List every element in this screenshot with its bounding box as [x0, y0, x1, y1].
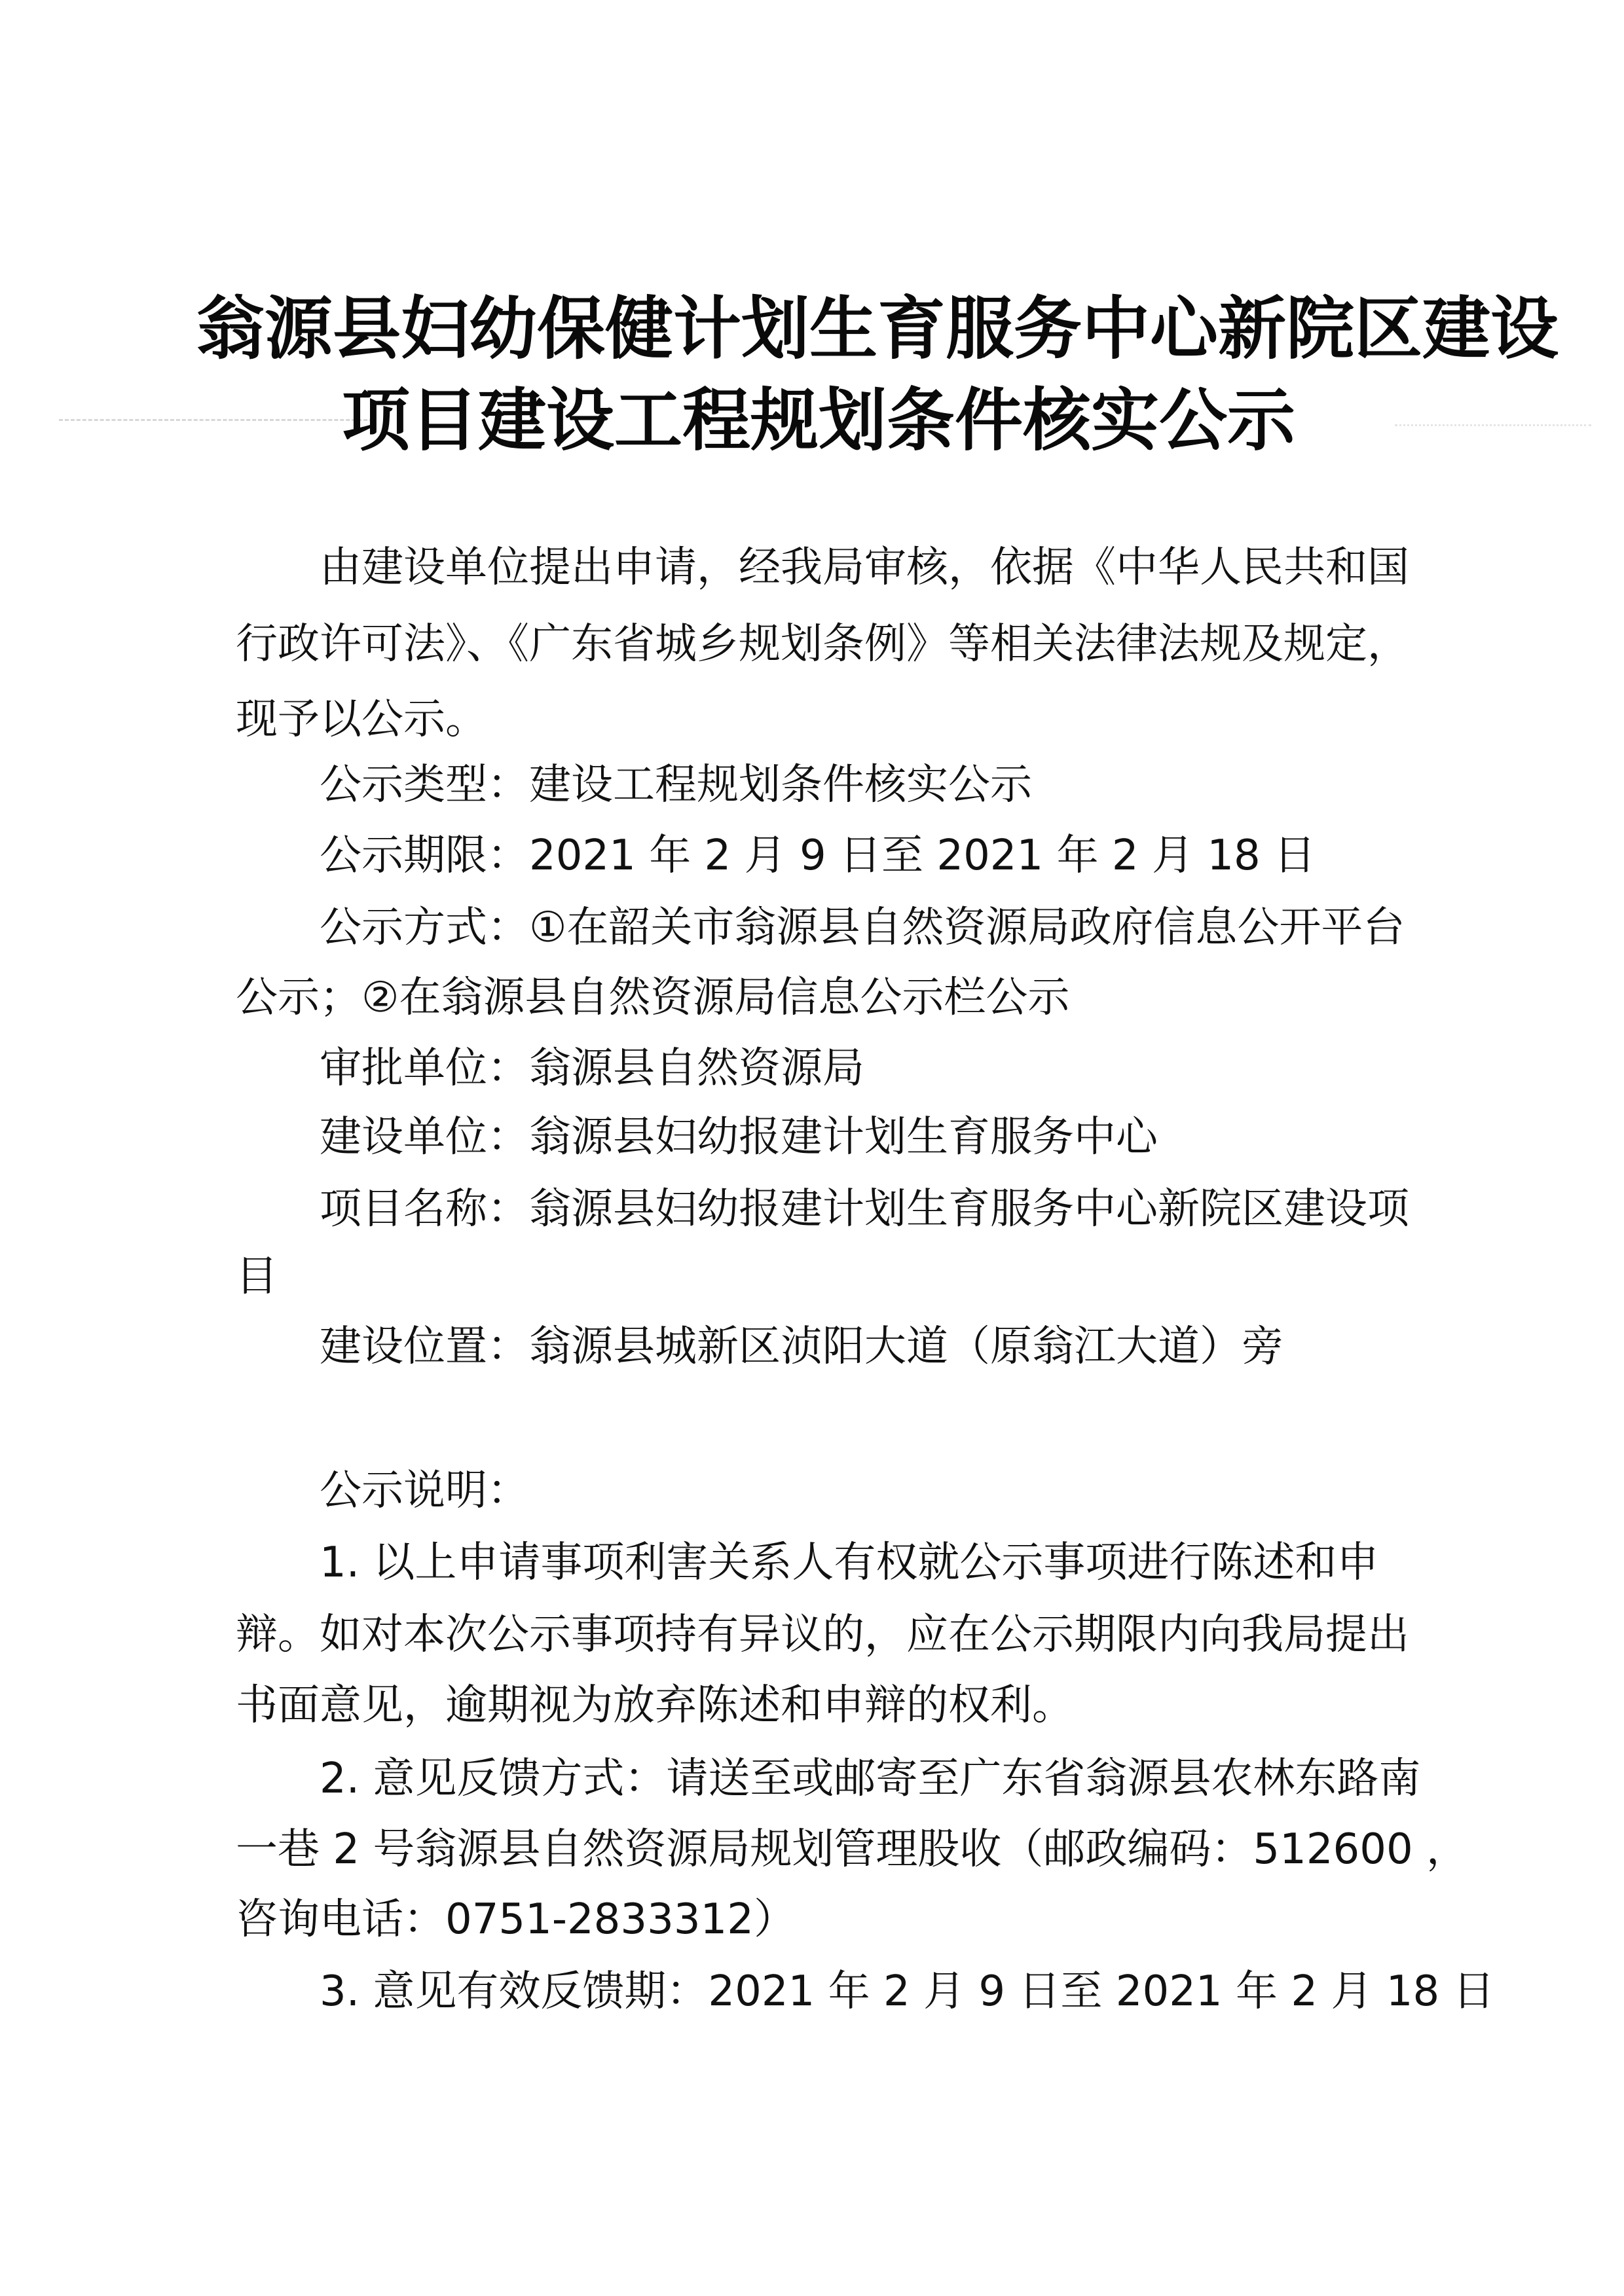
- note-2-line-2: 一巷 2 号翁源县自然资源局规划管理股收（邮政编码：512600 ，: [236, 1829, 1441, 1870]
- notice-type: 公示类型：建设工程规划条件核实公示: [236, 764, 1524, 806]
- approving-unit: 审批单位：翁源县自然资源局: [236, 1048, 1524, 1089]
- notice-method-line-2: 公示；②在翁源县自然资源局信息公示栏公示: [236, 977, 1441, 1019]
- notice-method-line-1: 公示方式：①在韶关市翁源县自然资源局政府信息公开平台: [236, 907, 1524, 949]
- construction-location: 建设位置：翁源县城新区浈阳大道（原翁江大道）旁: [236, 1326, 1524, 1368]
- notes-heading: 公示说明：: [236, 1470, 1524, 1512]
- intro-line-3: 现予以公示。: [236, 699, 1441, 740]
- note-3: 3. 意见有效反馈期：2021 年 2 月 9 日至 2021 年 2 月 18…: [236, 1971, 1524, 2013]
- document-title-line-1: 翁源县妇幼保健计划生育服务中心新院区建设: [196, 295, 1441, 363]
- notice-period: 公示期限：2021 年 2 月 9 日至 2021 年 2 月 18 日: [236, 835, 1524, 877]
- construction-unit: 建设单位：翁源县妇幼报建计划生育服务中心: [236, 1116, 1524, 1158]
- intro-line-2: 行政许可法》、《广东省城乡规划条例》等相关法律法规及规定，: [236, 623, 1441, 665]
- note-1-line-2: 辩。如对本次公示事项持有异议的，应在公示期限内向我局提出: [236, 1614, 1441, 1656]
- document-page: 翁源县妇幼保健计划生育服务中心新院区建设 项目建设工程规划条件核实公示 由建设单…: [0, 0, 1624, 2296]
- document-title-line-2: 项目建设工程规划条件核实公示: [196, 386, 1441, 454]
- intro-line-1: 由建设单位提出申请，经我局审核，依据《中华人民共和国: [236, 547, 1524, 589]
- note-2-line-1: 2. 意见反馈方式：请送至或邮寄至广东省翁源县农林东路南: [236, 1758, 1524, 1800]
- project-name-line-1: 项目名称：翁源县妇幼报建计划生育服务中心新院区建设项: [236, 1188, 1524, 1230]
- note-1-line-3: 书面意见，逾期视为放弃陈述和申辩的权利。: [236, 1685, 1441, 1726]
- note-1-line-1: 1. 以上申请事项利害关系人有权就公示事项进行陈述和申: [236, 1542, 1524, 1584]
- note-2-line-3: 咨询电话：0751-2833312）: [236, 1899, 1441, 1941]
- project-name-line-2: 目: [236, 1256, 1441, 1298]
